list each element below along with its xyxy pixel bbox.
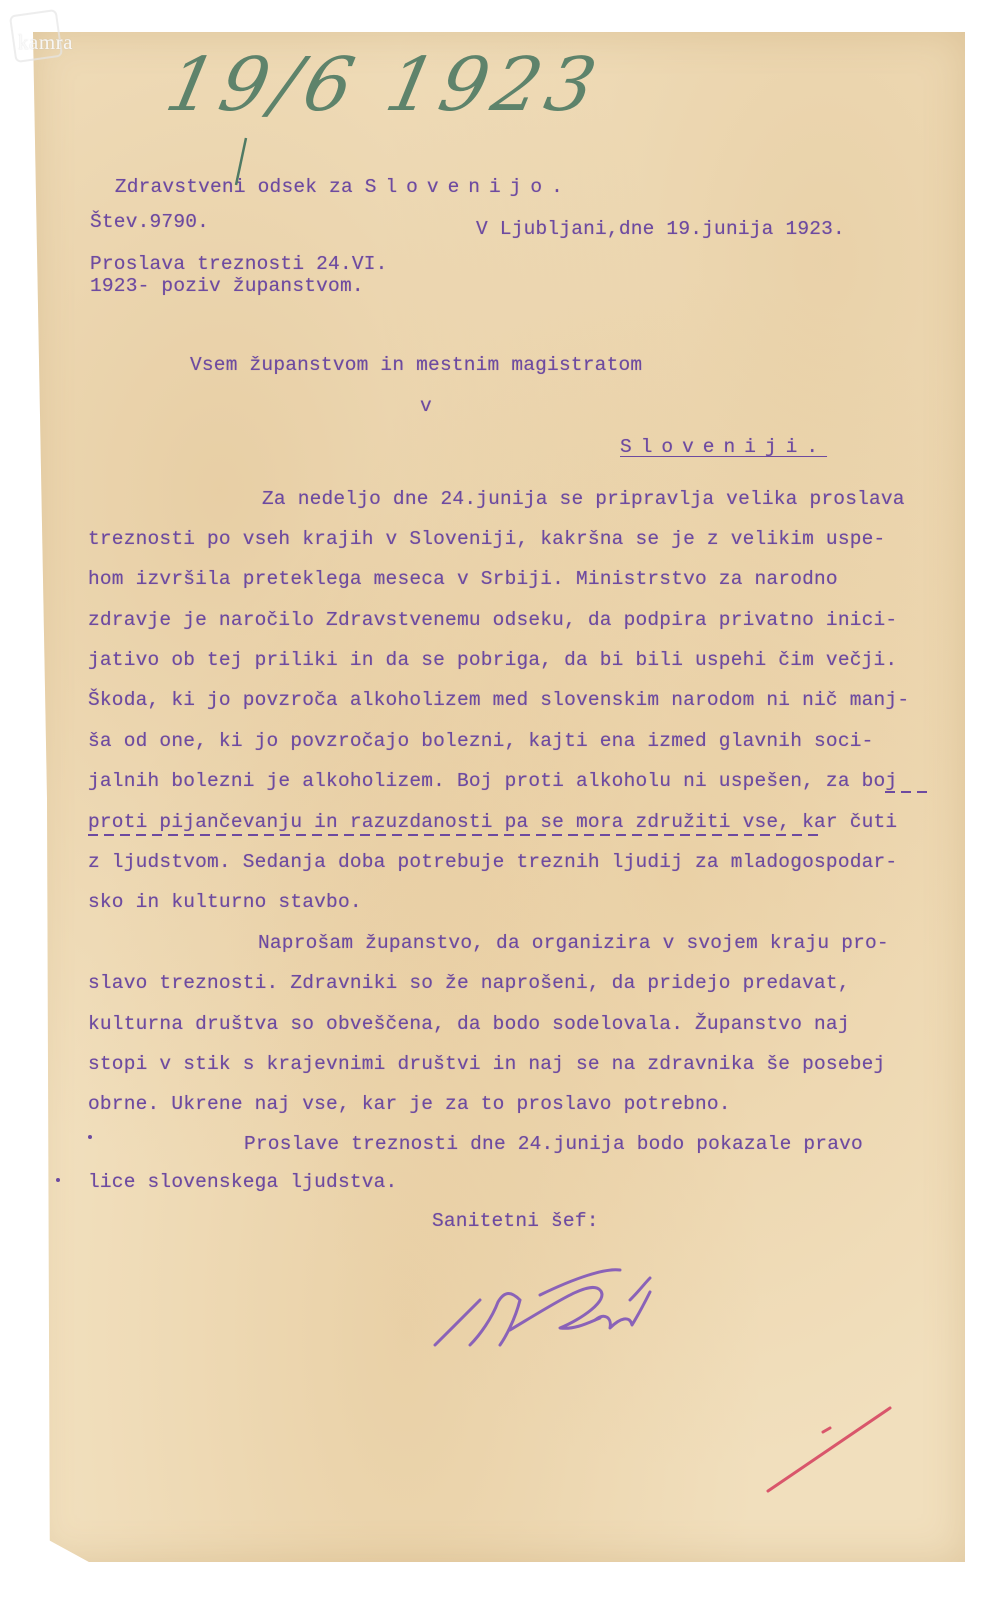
handwritten-date: 19/6 1923	[159, 42, 609, 128]
reference-number: Štev.9790.	[90, 213, 209, 233]
addressee-line-2: v	[420, 397, 432, 417]
body-line: hom izvršila preteklega meseca v Srbiji.…	[88, 570, 838, 590]
watermark-text: kamra	[18, 30, 73, 54]
body-line: jalnih bolezni je alkoholizem. Boj proti…	[88, 772, 897, 792]
body-line: zdravje je naročilo Zdravstvenemu odseku…	[88, 611, 897, 631]
subject-line-2: 1923- poziv županstvom.	[90, 277, 364, 297]
body-line: sko in kulturno stavbo.	[88, 893, 362, 913]
body-line: treznosti po vseh krajih v Sloveniji, ka…	[88, 530, 885, 550]
body-line: lice slovenskega ljudstva.	[88, 1173, 397, 1193]
body-line: jativo ob tej priliki in da se pobriga, …	[88, 651, 897, 671]
body-line: slavo treznosti. Zdravniki so že naproše…	[88, 974, 850, 994]
body-line: obrne. Ukrene naj vse, kar je za to pros…	[88, 1095, 731, 1115]
subject-line-1: Proslava treznosti 24.VI.	[90, 255, 388, 275]
body-line: kulturna društva so obveščena, da bodo s…	[88, 1015, 850, 1035]
signature-title: Sanitetni šef:	[432, 1212, 599, 1232]
body-line: z ljudstvom. Sedanja doba potrebuje trez…	[88, 853, 897, 873]
watermark-logo: kamra	[14, 30, 104, 60]
office-region: Slovenijo.	[365, 176, 572, 198]
body-line: stopi v stik s krajevnimi društvi in naj…	[88, 1055, 885, 1075]
body-line: Naprošam županstvo, da organizira v svoj…	[258, 934, 889, 954]
addressee-region: Sloveniji.	[620, 438, 827, 458]
body-line: Proslave treznosti dne 24.junija bodo po…	[244, 1135, 863, 1155]
body-line-underlined: proti pijančevanju in razuzdanosti pa se…	[88, 813, 897, 833]
body-line: Za nedeljo dne 24.junija se pripravlja v…	[262, 490, 905, 510]
addressee-line-1: Vsem županstvom in mestnim magistratom	[190, 356, 642, 376]
place-and-date: V Ljubljani,dne 19.junija 1923.	[476, 220, 845, 240]
office-header: Zdravstveni odsek za Slovenijo.	[91, 158, 572, 197]
body-line: ša od one, ki jo povzročajo bolezni, kaj…	[88, 732, 874, 752]
office-name: Zdravstveni odsek za	[115, 176, 353, 198]
body-line: Škoda, ki jo povzroča alkoholizem med sl…	[88, 691, 909, 711]
